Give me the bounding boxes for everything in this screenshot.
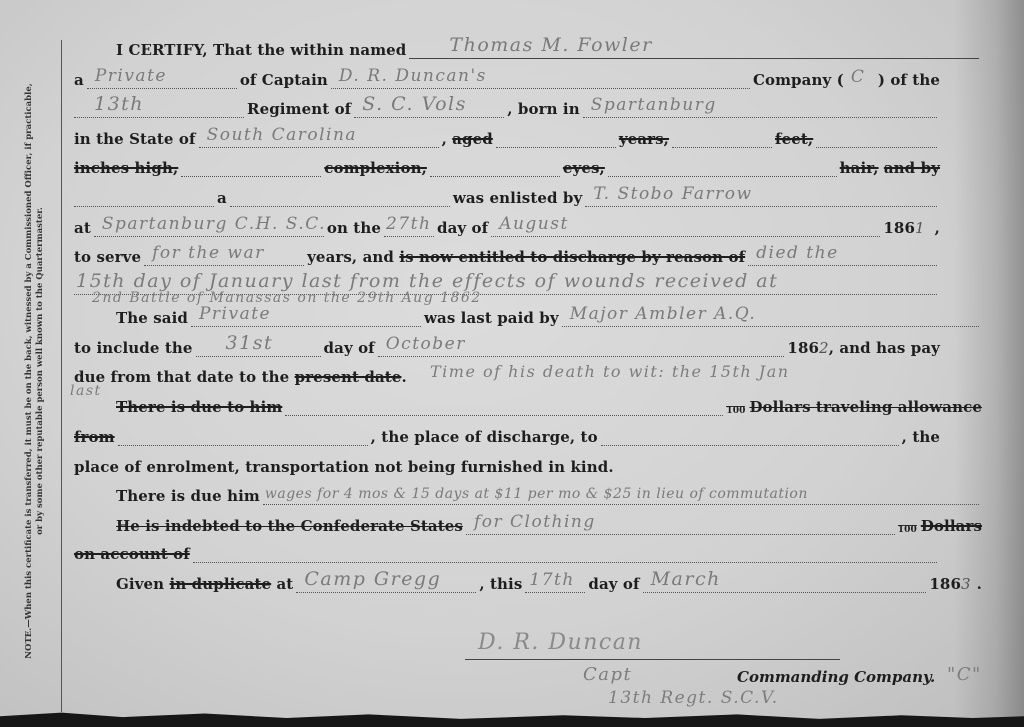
given-month-value: March: [651, 568, 721, 590]
reason-start-value: died the: [756, 243, 839, 263]
of-the-label: ) of the: [878, 71, 940, 89]
signature-title: Capt: [583, 664, 632, 685]
travel-amount-field: [285, 399, 723, 416]
present-date-label: present date: [295, 368, 402, 386]
day-of-label: day of: [437, 219, 488, 237]
enlist-year-prefix: 186: [883, 219, 915, 237]
given-label: Given: [116, 575, 164, 593]
due-from-label: due from that date to the: [74, 368, 289, 386]
rank-line: a Private of Captain D. R. Duncan's Comp…: [74, 67, 940, 89]
include-day-field: 31st: [196, 340, 321, 357]
include-year-prefix: 186: [787, 339, 819, 357]
soldier-name-field: Thomas M. Fowler: [409, 42, 979, 59]
account-line: on account of: [74, 541, 940, 563]
place-of-discharge-label: , the place of discharge, to: [371, 428, 598, 446]
day-of-label-3: day of: [588, 575, 639, 593]
regiment-number: 13th: [94, 93, 144, 115]
signature-company: "C": [947, 664, 982, 685]
enlisted-line: a was enlisted by T. Stobo Farrow: [74, 185, 940, 207]
aged-label: aged: [452, 130, 493, 148]
certify-line: I CERTIFY, That the within named Thomas …: [74, 37, 982, 59]
side-note-line-2: or by some other reputable person well k…: [35, 26, 46, 716]
feet-extra-field: [816, 131, 937, 148]
enrolment-text: place of enrolment, transportation not b…: [74, 458, 614, 476]
feet-field: [672, 131, 772, 148]
enlisted-by-value: T. Stobo Farrow: [593, 184, 752, 204]
given-day-value: 17th: [529, 570, 574, 590]
signature-regiment: 13th Regt. S.C.V.: [608, 688, 779, 708]
serve-term-field: for the war: [144, 249, 304, 266]
inches-field: [181, 160, 321, 177]
serve-line: to serve for the war years, and is now e…: [74, 244, 940, 266]
include-label: to include the: [74, 339, 193, 357]
enlisted-a-label: a: [217, 189, 227, 207]
page-edge-shadow: [954, 0, 1024, 727]
inches-label: inches high,: [74, 159, 178, 177]
regiment-field: S. C. Vols: [354, 101, 504, 118]
enlist-comma: ,: [935, 219, 940, 237]
at-label: at: [74, 219, 91, 237]
given-year-digit: 3: [961, 575, 971, 593]
due-him-label: There is due him: [116, 487, 260, 505]
state-line: in the State of South Carolina , aged ye…: [74, 126, 940, 148]
given-year-prefix: 186: [929, 575, 961, 593]
include-year-digit: 2: [819, 339, 829, 357]
enlist-year-digit: 1: [915, 219, 925, 237]
from-line: from , the place of discharge, to , the: [74, 424, 940, 446]
signature-name: D. R. Duncan: [478, 630, 643, 655]
day-of-label-2: day of: [324, 339, 375, 357]
enlist-day-field: 27th: [384, 220, 434, 237]
indebted-line: He is indebted to the Confederate States…: [74, 513, 982, 535]
state-label: in the State of: [74, 130, 196, 148]
travel-allowance-label: Dollars traveling allowance: [749, 398, 982, 416]
certify-label: I CERTIFY, That the within named: [116, 41, 406, 59]
hair-label: hair,: [840, 159, 879, 177]
at-label-2: at: [276, 575, 293, 593]
signature-line: [465, 659, 840, 660]
death-date-note: Time of his death to wit: the 15th Jan: [430, 362, 790, 381]
given-day-field: 17th: [525, 576, 585, 593]
due-him-line: There is due him wages for 4 mos & 15 da…: [74, 483, 982, 505]
include-line: to include the 31st day of October 186 2…: [74, 335, 940, 357]
regiment-label: Regiment of: [247, 100, 351, 118]
enlisted-by-label: was enlisted by: [453, 189, 582, 207]
and-has-pay-label: , and has pay: [829, 339, 940, 357]
indebted-value: for Clothing: [474, 512, 596, 532]
eyes-label: eyes,: [563, 159, 605, 177]
serve-term-value: for the war: [152, 243, 265, 263]
reason-field: died the: [748, 249, 937, 266]
the-said-label: The said: [116, 309, 188, 327]
due-to-him-label: There is due to him: [116, 398, 282, 416]
last-paid-rank-value: Private: [199, 304, 271, 324]
margin-rule: [61, 40, 62, 712]
years-label: years,: [619, 130, 669, 148]
enlisted-by-field: T. Stobo Farrow: [585, 190, 937, 207]
side-note-line-1: NOTE.—When this certificate is transferr…: [24, 26, 35, 716]
complexion-label: complexion,: [324, 159, 427, 177]
company-label: Company (: [753, 71, 844, 89]
company-field: C: [847, 73, 875, 89]
state-value: South Carolina: [207, 125, 357, 145]
account-field: [193, 546, 937, 563]
due-from-period: .: [401, 368, 406, 386]
paid-by-field: Major Ambler A.Q.: [562, 310, 979, 327]
page-bottom-edge: [0, 709, 1024, 727]
from-label: from: [74, 428, 115, 446]
enlist-month-field: August: [491, 220, 880, 237]
enlisted-blank-1: [74, 190, 214, 207]
reason-cont-value: 15th day of January last from the effect…: [76, 270, 778, 292]
enlist-place-line: at Spartanburg C.H. S.C. on the 27th day…: [74, 215, 940, 237]
last-paid-label: was last paid by: [424, 309, 559, 327]
in-duplicate-label: in duplicate: [170, 575, 272, 593]
travel-due-line: There is due to him 100 Dollars travelin…: [74, 394, 982, 416]
last-paid-line: The said Private was last paid by Major …: [74, 305, 982, 327]
and-label: and: [363, 248, 394, 266]
indebted-cents: 100: [898, 525, 917, 535]
given-place-value: Camp Gregg: [304, 568, 441, 590]
complexion-field: [430, 160, 560, 177]
enrolment-line: place of enrolment, transportation not b…: [74, 454, 940, 476]
captain-label: of Captain: [240, 71, 328, 89]
enlist-place-field: Spartanburg C.H. S.C.: [94, 220, 324, 237]
indebted-label: He is indebted to the Confederate States: [116, 517, 463, 535]
years-label-2: years,: [307, 248, 357, 266]
given-month-field: March: [643, 576, 927, 593]
birthplace-field: Spartanburg: [583, 101, 937, 118]
rank-value: Private: [95, 66, 167, 86]
include-month-value: October: [386, 334, 466, 354]
commanding-company-label: Commanding Company.: [737, 668, 935, 686]
company-value: C: [851, 67, 866, 87]
regiment-line: 13th Regiment of S. C. Vols , born in Sp…: [74, 96, 940, 118]
given-period: .: [977, 575, 982, 593]
dollars-label: Dollars: [921, 517, 982, 535]
paid-by-value: Major Ambler A.Q.: [570, 304, 757, 324]
enlist-place-value: Spartanburg C.H. S.C.: [102, 214, 326, 234]
due-him-value: wages for 4 mos & 15 days at $11 per mo …: [265, 486, 808, 502]
to-field: [601, 429, 899, 446]
state-field: South Carolina: [199, 131, 439, 148]
regiment-value: S. C. Vols: [362, 93, 467, 115]
indebted-field: for Clothing: [466, 518, 895, 535]
enlisted-blank-2: [230, 190, 450, 207]
on-the-label: on the: [327, 219, 381, 237]
and-by-label: and by: [884, 159, 940, 177]
rank-field: Private: [87, 72, 237, 89]
account-label: on account of: [74, 545, 190, 563]
side-note: NOTE.—When this certificate is transferr…: [24, 26, 46, 716]
include-day-value: 31st: [226, 332, 274, 354]
rank-prefix: a: [74, 71, 84, 89]
the-label: , the: [902, 428, 940, 446]
this-label: , this: [479, 575, 522, 593]
regiment-number-field: 13th: [74, 101, 244, 118]
age-field: [496, 131, 616, 148]
due-him-field: wages for 4 mos & 15 days at $11 per mo …: [263, 488, 979, 505]
given-place-field: Camp Gregg: [296, 576, 476, 593]
last-paid-rank-field: Private: [191, 310, 421, 327]
entitled-label: is now entitled to discharge by reason o…: [399, 248, 745, 266]
physical-line: inches high, complexion, eyes, hair, and…: [74, 155, 940, 177]
enlist-month-value: August: [499, 214, 569, 234]
from-field: [118, 429, 368, 446]
birthplace-value: Spartanburg: [591, 95, 717, 115]
captain-value: D. R. Duncan's: [339, 66, 487, 86]
feet-label: feet,: [775, 130, 813, 148]
soldier-name: Thomas M. Fowler: [449, 34, 652, 56]
captain-field: D. R. Duncan's: [331, 72, 750, 89]
serve-label: to serve: [74, 248, 141, 266]
eyes-field: [608, 160, 837, 177]
given-line: Given in duplicate at Camp Gregg , this …: [74, 571, 982, 593]
reason-below-note: 2nd Battle of Manassas on the 29th Aug 1…: [92, 290, 482, 306]
enlist-day-value: 27th: [386, 214, 431, 234]
born-label: , born in: [507, 100, 579, 118]
travel-cents: 100: [726, 406, 745, 416]
include-month-field: October: [378, 340, 785, 357]
